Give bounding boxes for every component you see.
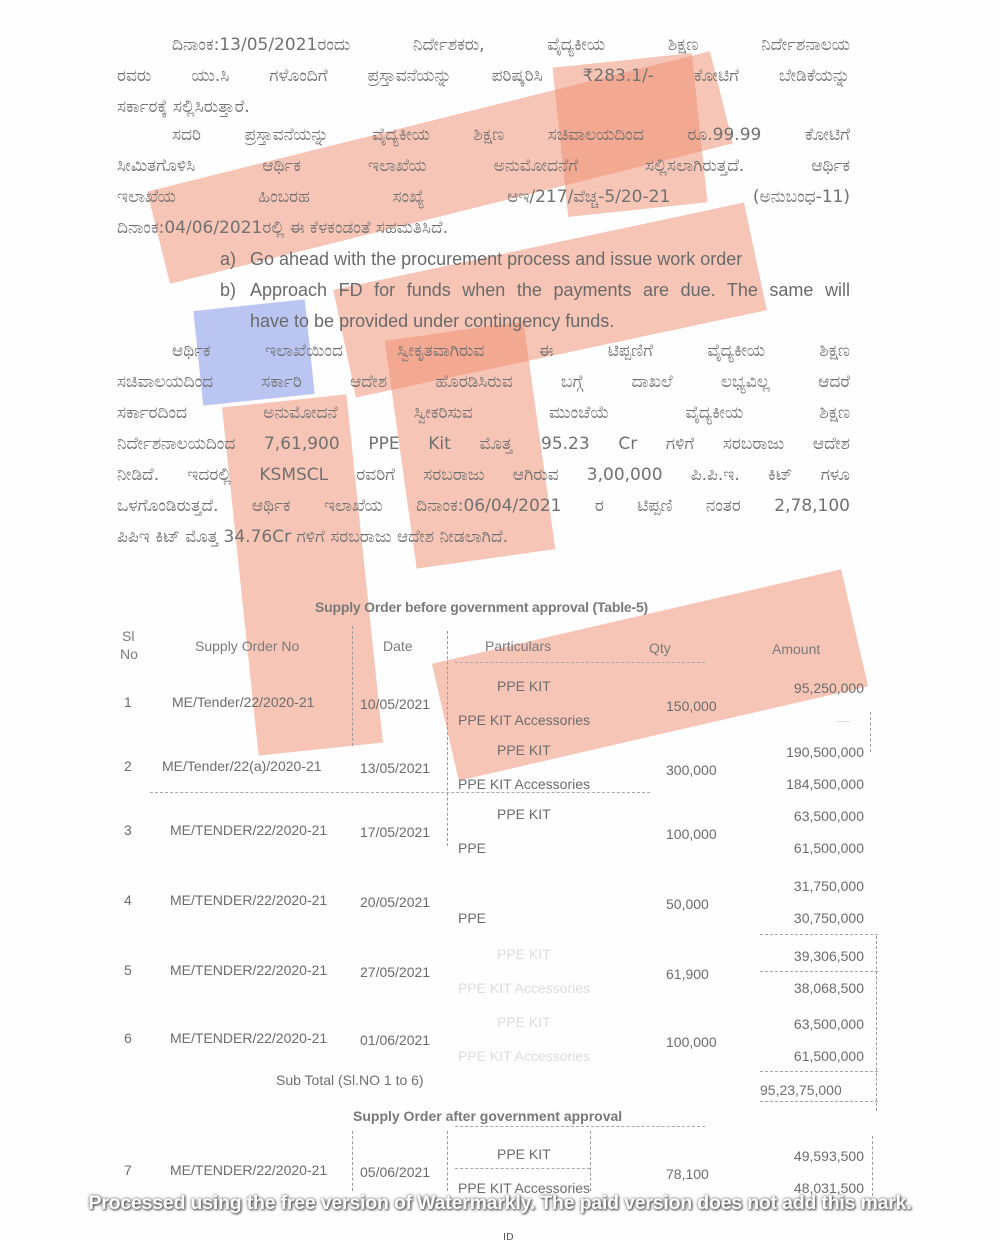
cell-supply-order-no: ME/TENDER/22/2020-21: [170, 1162, 327, 1178]
scanned-document-page: ದಿನಾಂಕ:13/05/2021ರಂದು ನಿರ್ದೇಶಕರು, ವೈದ್ಯಕ…: [0, 0, 1000, 1241]
cell-amount-kit: 95,250,000: [794, 680, 864, 696]
cell-supply-order-no: ME/Tender/22(a)/2020-21: [162, 758, 322, 774]
approval-conditions-list: a) Go ahead with the procurement process…: [220, 244, 850, 337]
cell-qty: 50,000: [666, 896, 709, 912]
cell-sl-no: 7: [124, 1162, 132, 1178]
list-item-text: Go ahead with the procurement process an…: [250, 244, 850, 275]
paragraph-3: ಆರ್ಥಿಕ ಇಲಾಖೆಯಿಂದ ಸ್ವೀಕೃತವಾಗಿರುವ ಈ ಟಿಪ್ಪಣ…: [117, 336, 850, 553]
subtotal-label: Sub Total (Sl.NO 1 to 6): [276, 1072, 424, 1088]
paragraph-3-line: ಸಚಿವಾಲಯದಿಂದ ಸರ್ಕಾರಿ ಆದೇಶ ಹೊರಡಿಸಿರುವ ಬಗ್ಗ…: [117, 367, 850, 398]
cell-date: 27/05/2021: [360, 964, 430, 980]
cell-supply-order-no: ME/Tender/22/2020-21: [172, 694, 314, 710]
table-divider: [150, 792, 650, 793]
cell-amount-kit: 31,750,000: [794, 878, 864, 894]
cell-sl-no: 5: [124, 962, 132, 978]
paragraph-1: ದಿನಾಂಕ:13/05/2021ರಂದು ನಿರ್ದೇಶಕರು, ವೈದ್ಯಕ…: [117, 30, 850, 123]
paragraph-2: ಸದರಿ ಪ್ರಸ್ತಾವನೆಯನ್ನು ವೈದ್ಯಕೀಯ ಶಿಕ್ಷಣ ಸಚಿ…: [117, 120, 850, 244]
cell-particular-kit: PPE KIT: [497, 1146, 551, 1162]
table-divider: [455, 1126, 705, 1127]
cell-amount-kit: 63,500,000: [794, 808, 864, 824]
header-sl: Sl: [122, 628, 134, 644]
table-divider: [352, 1131, 353, 1191]
paragraph-2-line: ಸದರಿ ಪ್ರಸ್ತಾವನೆಯನ್ನು ವೈದ್ಯಕೀಯ ಶಿಕ್ಷಣ ಸಚಿ…: [117, 120, 850, 151]
header-amount: Amount: [772, 641, 820, 657]
cell-date: 01/06/2021: [360, 1032, 430, 1048]
cell-supply-order-no: ME/TENDER/22/2020-21: [170, 962, 327, 978]
cell-particular-kit: PPE KIT: [497, 806, 551, 822]
list-marker: a): [220, 244, 250, 275]
supply-order-table: Supply Order before government approval …: [110, 596, 890, 1196]
list-item-text: Approach FD for funds when the payments …: [250, 275, 850, 306]
paragraph-1-line: ರವರು ಯು.ಸಿ ಗಳೊಂದಿಗೆ ಪ್ರಸ್ತಾವನೆಯನ್ನು ಪರಿಷ…: [117, 61, 850, 92]
table-divider: [760, 934, 878, 935]
paragraph-3-line: ಆರ್ಥಿಕ ಇಲಾಖೆಯಿಂದ ಸ್ವೀಕೃತವಾಗಿರುವ ಈ ಟಿಪ್ಪಣ…: [117, 336, 850, 367]
subtotal-value: 95,23,75,000: [760, 1082, 842, 1098]
cell-date: 17/05/2021: [360, 824, 430, 840]
table-divider: [455, 662, 705, 663]
cell-particular-kit: PPE KIT: [497, 946, 551, 962]
cell-date: 05/06/2021: [360, 1164, 430, 1180]
paragraph-1-line: ಸರ್ಕಾರಕ್ಕೆ ಸಲ್ಲಿಸಿರುತ್ತಾರೆ.: [117, 92, 850, 123]
table-divider: [455, 1168, 590, 1169]
cell-amount-accessories: 38,068,500: [794, 980, 864, 996]
cell-qty: 61,900: [666, 966, 709, 982]
paragraph-3-line: ಒಳಗೊಂಡಿರುತ್ತದೆ. ಆರ್ಥಿಕ ಇಲಾಖೆಯ ದಿನಾಂಕ:06/…: [117, 491, 850, 522]
table-header: Sl No Supply Order No Date Particulars Q…: [110, 630, 890, 670]
table-divider: [760, 1101, 878, 1102]
cell-amount-accessories: 184,500,000: [786, 776, 864, 792]
header-particulars: Particulars: [485, 638, 551, 654]
cell-amount-kit: 39,306,500: [794, 948, 864, 964]
cell-qty: 150,000: [666, 698, 717, 714]
paragraph-3-line: ನಿರ್ದೇಶನಾಲಯದಿಂದ 7,61,900 PPE Kit ಮೊತ್ತ 9…: [117, 429, 850, 460]
cell-particular-accessories: PPE KIT Accessories: [458, 776, 590, 792]
list-item-continuation: have to be provided under contingency fu…: [220, 306, 850, 337]
page-number-fragment: ID: [503, 1232, 514, 1241]
cell-particular-accessories: PPE KIT Accessories: [458, 712, 590, 728]
watermark-banner: Processed using the free version of Wate…: [0, 1192, 1000, 1215]
header-qty: Qty: [649, 640, 671, 656]
cell-supply-order-no: ME/TENDER/22/2020-21: [170, 1030, 327, 1046]
list-marker: b): [220, 275, 250, 306]
cell-qty: 100,000: [666, 1034, 717, 1050]
table-divider: [760, 1071, 878, 1072]
table-divider: [870, 712, 871, 752]
header-supply-order-no: Supply Order No: [195, 638, 299, 654]
cell-sl-no: 4: [124, 892, 132, 908]
cell-amount-accessories: 61,500,000: [794, 840, 864, 856]
cell-date: 13/05/2021: [360, 760, 430, 776]
cell-supply-order-no: ME/TENDER/22/2020-21: [170, 892, 327, 908]
cell-amount-accessories: 30,750,000: [794, 910, 864, 926]
cell-amount-kit: 49,593,500: [794, 1148, 864, 1164]
paragraph-3-line: ಸರ್ಕಾರದಿಂದ ಅನುಮೋದನೆ ಸ್ವೀಕರಿಸುವ ಮುಂಚೆಯೆ ವ…: [117, 398, 850, 429]
cell-amount-kit: 190,500,000: [786, 744, 864, 760]
table-divider: [590, 1131, 591, 1191]
cell-qty: 300,000: [666, 762, 717, 778]
cell-date: 20/05/2021: [360, 894, 430, 910]
cell-particular-accessories: PPE KIT Accessories: [458, 980, 590, 996]
table-divider: [447, 1131, 448, 1191]
paragraph-3-line: ಪಿಪಿಇ ಕಿಟ್ ಮೊತ್ತ 34.76Cr ಗಳಿಗೆ ಸರಬರಾಜು ಆ…: [117, 522, 850, 553]
list-item: a) Go ahead with the procurement process…: [220, 244, 850, 275]
paragraph-1-line: ದಿನಾಂಕ:13/05/2021ರಂದು ನಿರ್ದೇಶಕರು, ವೈದ್ಯಕ…: [117, 30, 850, 61]
cell-sl-no: 2: [124, 758, 132, 774]
cell-particular-kit: PPE KIT: [497, 742, 551, 758]
table-caption: Supply Order before government approval …: [315, 599, 648, 615]
cell-particular-kit: PPE KIT: [497, 1014, 551, 1030]
table-divider: [352, 626, 353, 746]
cell-sl-no: 3: [124, 822, 132, 838]
paragraph-2-line: ಸೀಮಿತಗೊಳಿಸಿ ಆರ್ಥಿಕ ಇಲಾಖೆಯ ಅನುಮೋದನೆಗೆ ಸಲ್…: [117, 151, 850, 182]
cell-qty: 100,000: [666, 826, 717, 842]
paragraph-2-line: ಇಲಾಖೆಯ ಹಿಂಬರಹ ಸಂಖ್ಯೆ ಆಇ/217/ವೆಚ್ಚ-5/20-2…: [117, 182, 850, 213]
cell-particular-kit: PPE KIT: [497, 678, 551, 694]
list-item: b) Approach FD for funds when the paymen…: [220, 275, 850, 306]
cell-qty: 78,100: [666, 1166, 709, 1182]
section-2-caption: Supply Order after government approval: [353, 1108, 622, 1124]
header-no: No: [120, 646, 138, 662]
cell-amount-kit: 63,500,000: [794, 1016, 864, 1032]
table-divider: [876, 936, 877, 1111]
header-date: Date: [383, 638, 413, 654]
cell-supply-order-no: ME/TENDER/22/2020-21: [170, 822, 327, 838]
cell-sl-no: 6: [124, 1030, 132, 1046]
table-divider: [447, 631, 448, 846]
table-divider: [760, 971, 878, 972]
cell-amount-accessories: 61,500,000: [794, 1048, 864, 1064]
table-divider: [872, 1136, 873, 1196]
cell-date: 10/05/2021: [360, 696, 430, 712]
cell-amount-accessories: —: [836, 712, 850, 728]
paragraph-3-line: ನೀಡಿದೆ. ಇದರಲ್ಲಿ KSMSCL ರವರಿಗೆ ಸರಬರಾಜು ಆಗ…: [117, 460, 850, 491]
cell-particular-accessories: PPE: [458, 910, 486, 926]
cell-sl-no: 1: [124, 694, 132, 710]
paragraph-2-line: ದಿನಾಂಕ:04/06/2021ರಲ್ಲಿ ಈ ಕೆಳಕಂಡಂತೆ ಸಹಮತಿ…: [117, 213, 850, 244]
cell-particular-accessories: PPE: [458, 840, 486, 856]
cell-particular-accessories: PPE KIT Accessories: [458, 1048, 590, 1064]
